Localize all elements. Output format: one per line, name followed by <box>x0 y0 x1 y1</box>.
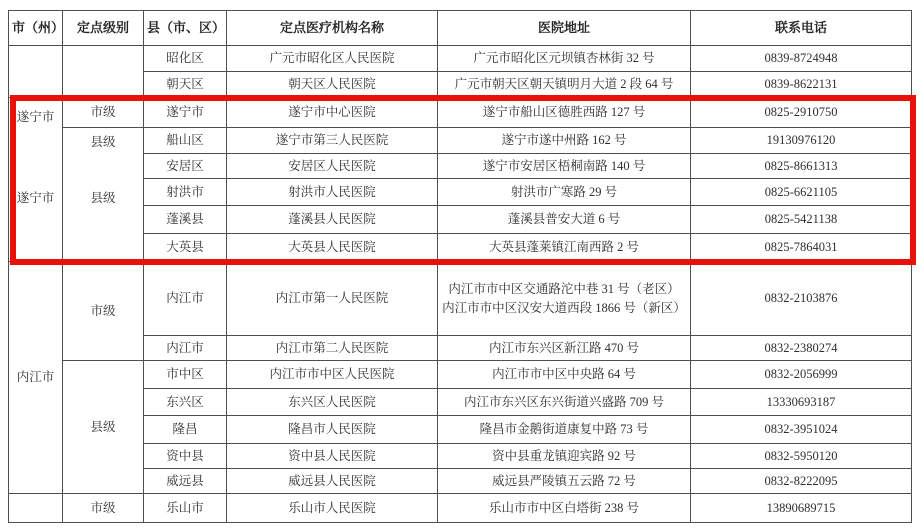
cell-address: 射洪市广寒路 29 号 <box>438 179 691 206</box>
cell-phone: 13330693187 <box>691 389 912 416</box>
cell-address: 遂宁市遂中州路 162 号 <box>438 128 691 154</box>
table-row: 县级 县级 船山区 遂宁市第三人民医院 遂宁市遂中州路 162 号 191309… <box>9 128 912 154</box>
cell-phone: 0839-8724948 <box>691 46 912 72</box>
cell-hospital: 内江市第一人民医院 <box>227 262 438 336</box>
cell-county: 威远县 <box>144 469 227 494</box>
cell-hospital: 遂宁市第三人民医院 <box>227 128 438 154</box>
cell-hospital: 蓬溪县人民医院 <box>227 206 438 234</box>
table-row: 内江市 内江市第二人民医院 内江市东兴区新江路 470 号 0832-23802… <box>9 336 912 361</box>
cell-hospital: 朝天区人民医院 <box>227 72 438 98</box>
cell-county: 内江市 <box>144 336 227 361</box>
cell-address: 威远县严陵镇五云路 72 号 <box>438 469 691 494</box>
cell-hospital: 射洪市人民医院 <box>227 179 438 206</box>
cell-hospital: 遂宁市中心医院 <box>227 98 438 128</box>
cell-phone: 0825-8661313 <box>691 154 912 179</box>
table-row: 市级 乐山市 乐山市人民医院 乐山市市中区白塔街 238 号 138906897… <box>9 494 912 523</box>
column-header-level: 定点级别 <box>63 11 144 46</box>
cell-county: 隆昌 <box>144 416 227 444</box>
table-row: 资中县 资中县人民医院 资中县重龙镇迎宾路 92 号 0832-5950120 <box>9 444 912 469</box>
cell-address: 内江市东兴区东兴街道兴盛路 709 号 <box>438 389 691 416</box>
cell-hospital: 乐山市人民医院 <box>227 494 438 523</box>
cell-hospital: 东兴区人民医院 <box>227 389 438 416</box>
cell-phone: 0825-6621105 <box>691 179 912 206</box>
cell-address: 遂宁市安居区梧桐南路 140 号 <box>438 154 691 179</box>
cell-hospital: 威远县人民医院 <box>227 469 438 494</box>
cell-hospital: 安居区人民医院 <box>227 154 438 179</box>
cell-county: 内江市 <box>144 262 227 336</box>
document-page: 市（州） 定点级别 县（市、区） 定点医疗机构名称 医院地址 联系电话 昭化区 … <box>0 0 921 529</box>
level-label: 县级 <box>63 189 143 208</box>
cell-address: 资中县重龙镇迎宾路 92 号 <box>438 444 691 469</box>
cell-phone: 0832-5950120 <box>691 444 912 469</box>
cell-address: 内江市市中区中央路 64 号 <box>438 361 691 389</box>
table-row: 遂宁市 遂宁市 市级 遂宁市 遂宁市中心医院 遂宁市船山区德胜西路 127 号 … <box>9 98 912 128</box>
cell-address: 遂宁市船山区德胜西路 127 号 <box>438 98 691 128</box>
cell-county: 朝天区 <box>144 72 227 98</box>
cell-level: 市级 <box>63 494 144 523</box>
cell-county: 东兴区 <box>144 389 227 416</box>
cell-county: 乐山市 <box>144 494 227 523</box>
cell-address: 蓬溪县普安大道 6 号 <box>438 206 691 234</box>
cell-phone: 0832-2103876 <box>691 262 912 336</box>
cell-phone: 0825-7864031 <box>691 234 912 262</box>
column-header-hospital: 定点医疗机构名称 <box>227 11 438 46</box>
table-row: 内江市 市级 内江市 内江市第一人民医院 内江市市中区交通路沱中巷 31 号（老… <box>9 262 912 336</box>
column-header-address: 医院地址 <box>438 11 691 46</box>
column-header-city: 市（州） <box>9 11 63 46</box>
cell-level-neijiang-city: 市级 <box>63 262 144 361</box>
cell-county: 安居区 <box>144 154 227 179</box>
cell-city-neijiang: 内江市 <box>9 262 63 494</box>
table-row: 隆昌 隆昌市人民医院 隆昌市金鹅街道康复中路 73 号 0832-3951024 <box>9 416 912 444</box>
city-label: 遂宁市 <box>9 108 62 127</box>
cell-level-neijiang-county: 县级 <box>63 361 144 494</box>
cell-address: 隆昌市金鹅街道康复中路 73 号 <box>438 416 691 444</box>
table-row: 威远县 威远县人民医院 威远县严陵镇五云路 72 号 0832-8222095 <box>9 469 912 494</box>
table-row: 昭化区 广元市昭化区人民医院 广元市昭化区元坝镇杏林街 32 号 0839-87… <box>9 46 912 72</box>
cell-county: 蓬溪县 <box>144 206 227 234</box>
cell-phone: 0832-3951024 <box>691 416 912 444</box>
cell-phone: 0832-2380274 <box>691 336 912 361</box>
table-row: 大英县 大英县人民医院 大英县蓬莱镇江南西路 2 号 0825-7864031 <box>9 234 912 262</box>
cell-county: 船山区 <box>144 128 227 154</box>
table-row: 蓬溪县 蓬溪县人民医院 蓬溪县普安大道 6 号 0825-5421138 <box>9 206 912 234</box>
table-row: 朝天区 朝天区人民医院 广元市朝天区朝天镇明月大道 2 段 64 号 0839-… <box>9 72 912 98</box>
column-header-phone: 联系电话 <box>691 11 912 46</box>
hospital-table: 市（州） 定点级别 县（市、区） 定点医疗机构名称 医院地址 联系电话 昭化区 … <box>8 10 912 523</box>
cell-hospital: 隆昌市人民医院 <box>227 416 438 444</box>
cell-phone: 0825-5421138 <box>691 206 912 234</box>
cell-city-leshan <box>9 494 63 523</box>
cell-county: 大英县 <box>144 234 227 262</box>
cell-hospital: 内江市第二人民医院 <box>227 336 438 361</box>
cell-address: 内江市市中区交通路沱中巷 31 号（老区） 内江市市中区汉安大道西段 1866 … <box>438 262 691 336</box>
cell-hospital: 内江市市中区人民医院 <box>227 361 438 389</box>
level-label: 县级 <box>63 133 143 152</box>
table-row: 东兴区 东兴区人民医院 内江市东兴区东兴街道兴盛路 709 号 13330693… <box>9 389 912 416</box>
cell-hospital: 资中县人民医院 <box>227 444 438 469</box>
table-row: 射洪市 射洪市人民医院 射洪市广寒路 29 号 0825-6621105 <box>9 179 912 206</box>
cell-phone: 19130976120 <box>691 128 912 154</box>
cell-city-guangyuan <box>9 46 63 98</box>
cell-address: 广元市朝天区朝天镇明月大道 2 段 64 号 <box>438 72 691 98</box>
cell-level-suining-county: 县级 县级 <box>63 128 144 262</box>
cell-address: 广元市昭化区元坝镇杏林街 32 号 <box>438 46 691 72</box>
cell-address: 内江市东兴区新江路 470 号 <box>438 336 691 361</box>
cell-county: 射洪市 <box>144 179 227 206</box>
header-row: 市（州） 定点级别 县（市、区） 定点医疗机构名称 医院地址 联系电话 <box>9 11 912 46</box>
cell-address: 大英县蓬莱镇江南西路 2 号 <box>438 234 691 262</box>
city-label: 遂宁市 <box>9 189 62 208</box>
cell-phone: 0839-8622131 <box>691 72 912 98</box>
table-row: 安居区 安居区人民医院 遂宁市安居区梧桐南路 140 号 0825-866131… <box>9 154 912 179</box>
cell-county: 遂宁市 <box>144 98 227 128</box>
cell-county: 市中区 <box>144 361 227 389</box>
table-row: 县级 市中区 内江市市中区人民医院 内江市市中区中央路 64 号 0832-20… <box>9 361 912 389</box>
cell-county: 昭化区 <box>144 46 227 72</box>
cell-phone: 0832-8222095 <box>691 469 912 494</box>
cell-phone: 0832-2056999 <box>691 361 912 389</box>
column-header-county: 县（市、区） <box>144 11 227 46</box>
cell-county: 资中县 <box>144 444 227 469</box>
cell-phone: 0825-2910750 <box>691 98 912 128</box>
cell-phone: 13890689715 <box>691 494 912 523</box>
cell-hospital: 广元市昭化区人民医院 <box>227 46 438 72</box>
cell-address: 乐山市市中区白塔街 238 号 <box>438 494 691 523</box>
cell-level-guangyuan <box>63 46 144 98</box>
cell-city-suining: 遂宁市 遂宁市 <box>9 98 63 262</box>
cell-hospital: 大英县人民医院 <box>227 234 438 262</box>
cell-level: 市级 <box>63 98 144 128</box>
